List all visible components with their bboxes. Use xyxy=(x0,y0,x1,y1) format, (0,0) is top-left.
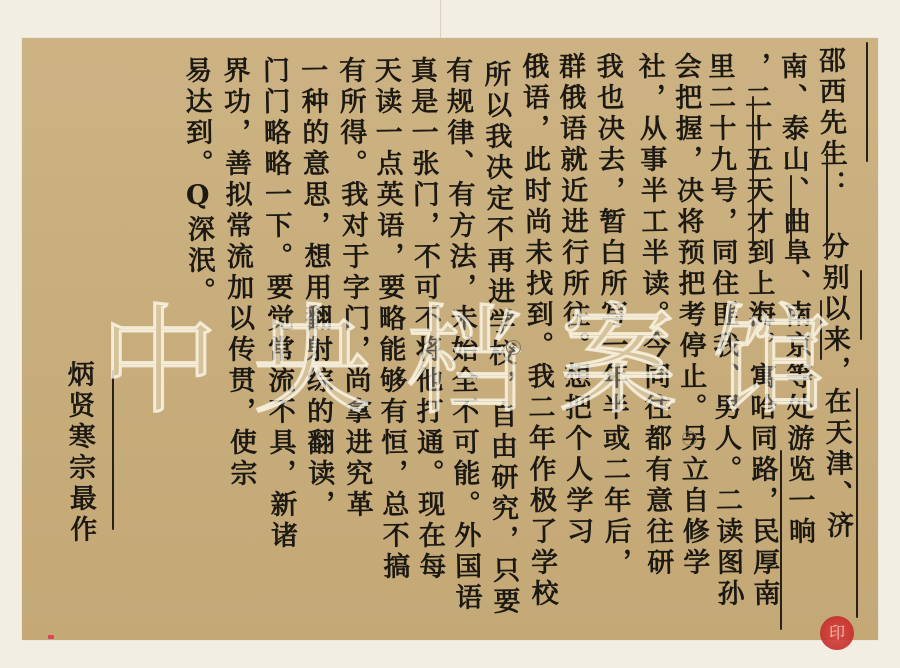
letter-column: 一种的意思，想用翻射综的翻读， xyxy=(298,56,333,521)
red-seal-stamp: 印 xyxy=(820,616,854,650)
page-fold-seam xyxy=(440,0,441,40)
ink-rule xyxy=(866,42,868,162)
letter-column: 易达到。Q深泯。 xyxy=(182,56,213,308)
letter-column: 门门略略一下。要觉常流不具，新诸 xyxy=(260,56,296,552)
letter-column: 有所得。我对于字门，尚拿进究革 xyxy=(336,56,371,521)
letter-column: 邵西先生： 分别以来，在天津、济 xyxy=(816,46,852,542)
ink-rule xyxy=(780,450,782,630)
ink-rule xyxy=(856,388,858,618)
ink-rule xyxy=(112,370,114,530)
signature-column: 炳贤寒宗最作 xyxy=(64,360,94,546)
ink-rule xyxy=(752,96,754,246)
letter-column: 群俄语就近进行所往。想把个人学习 xyxy=(556,52,592,548)
letter-column: 界功，善拟常流加以传贯，使宗 xyxy=(220,56,255,490)
letter-column: 南、泰山、曲阜、南京等处游览一晌 xyxy=(778,52,814,548)
note-mark-1: ① xyxy=(682,431,697,446)
ink-rule xyxy=(820,300,822,360)
ink-rule xyxy=(826,150,828,260)
note-mark-2: ② xyxy=(506,340,521,355)
red-ink-speck xyxy=(48,635,54,639)
ink-rule xyxy=(860,270,862,340)
ink-rule xyxy=(790,175,792,255)
